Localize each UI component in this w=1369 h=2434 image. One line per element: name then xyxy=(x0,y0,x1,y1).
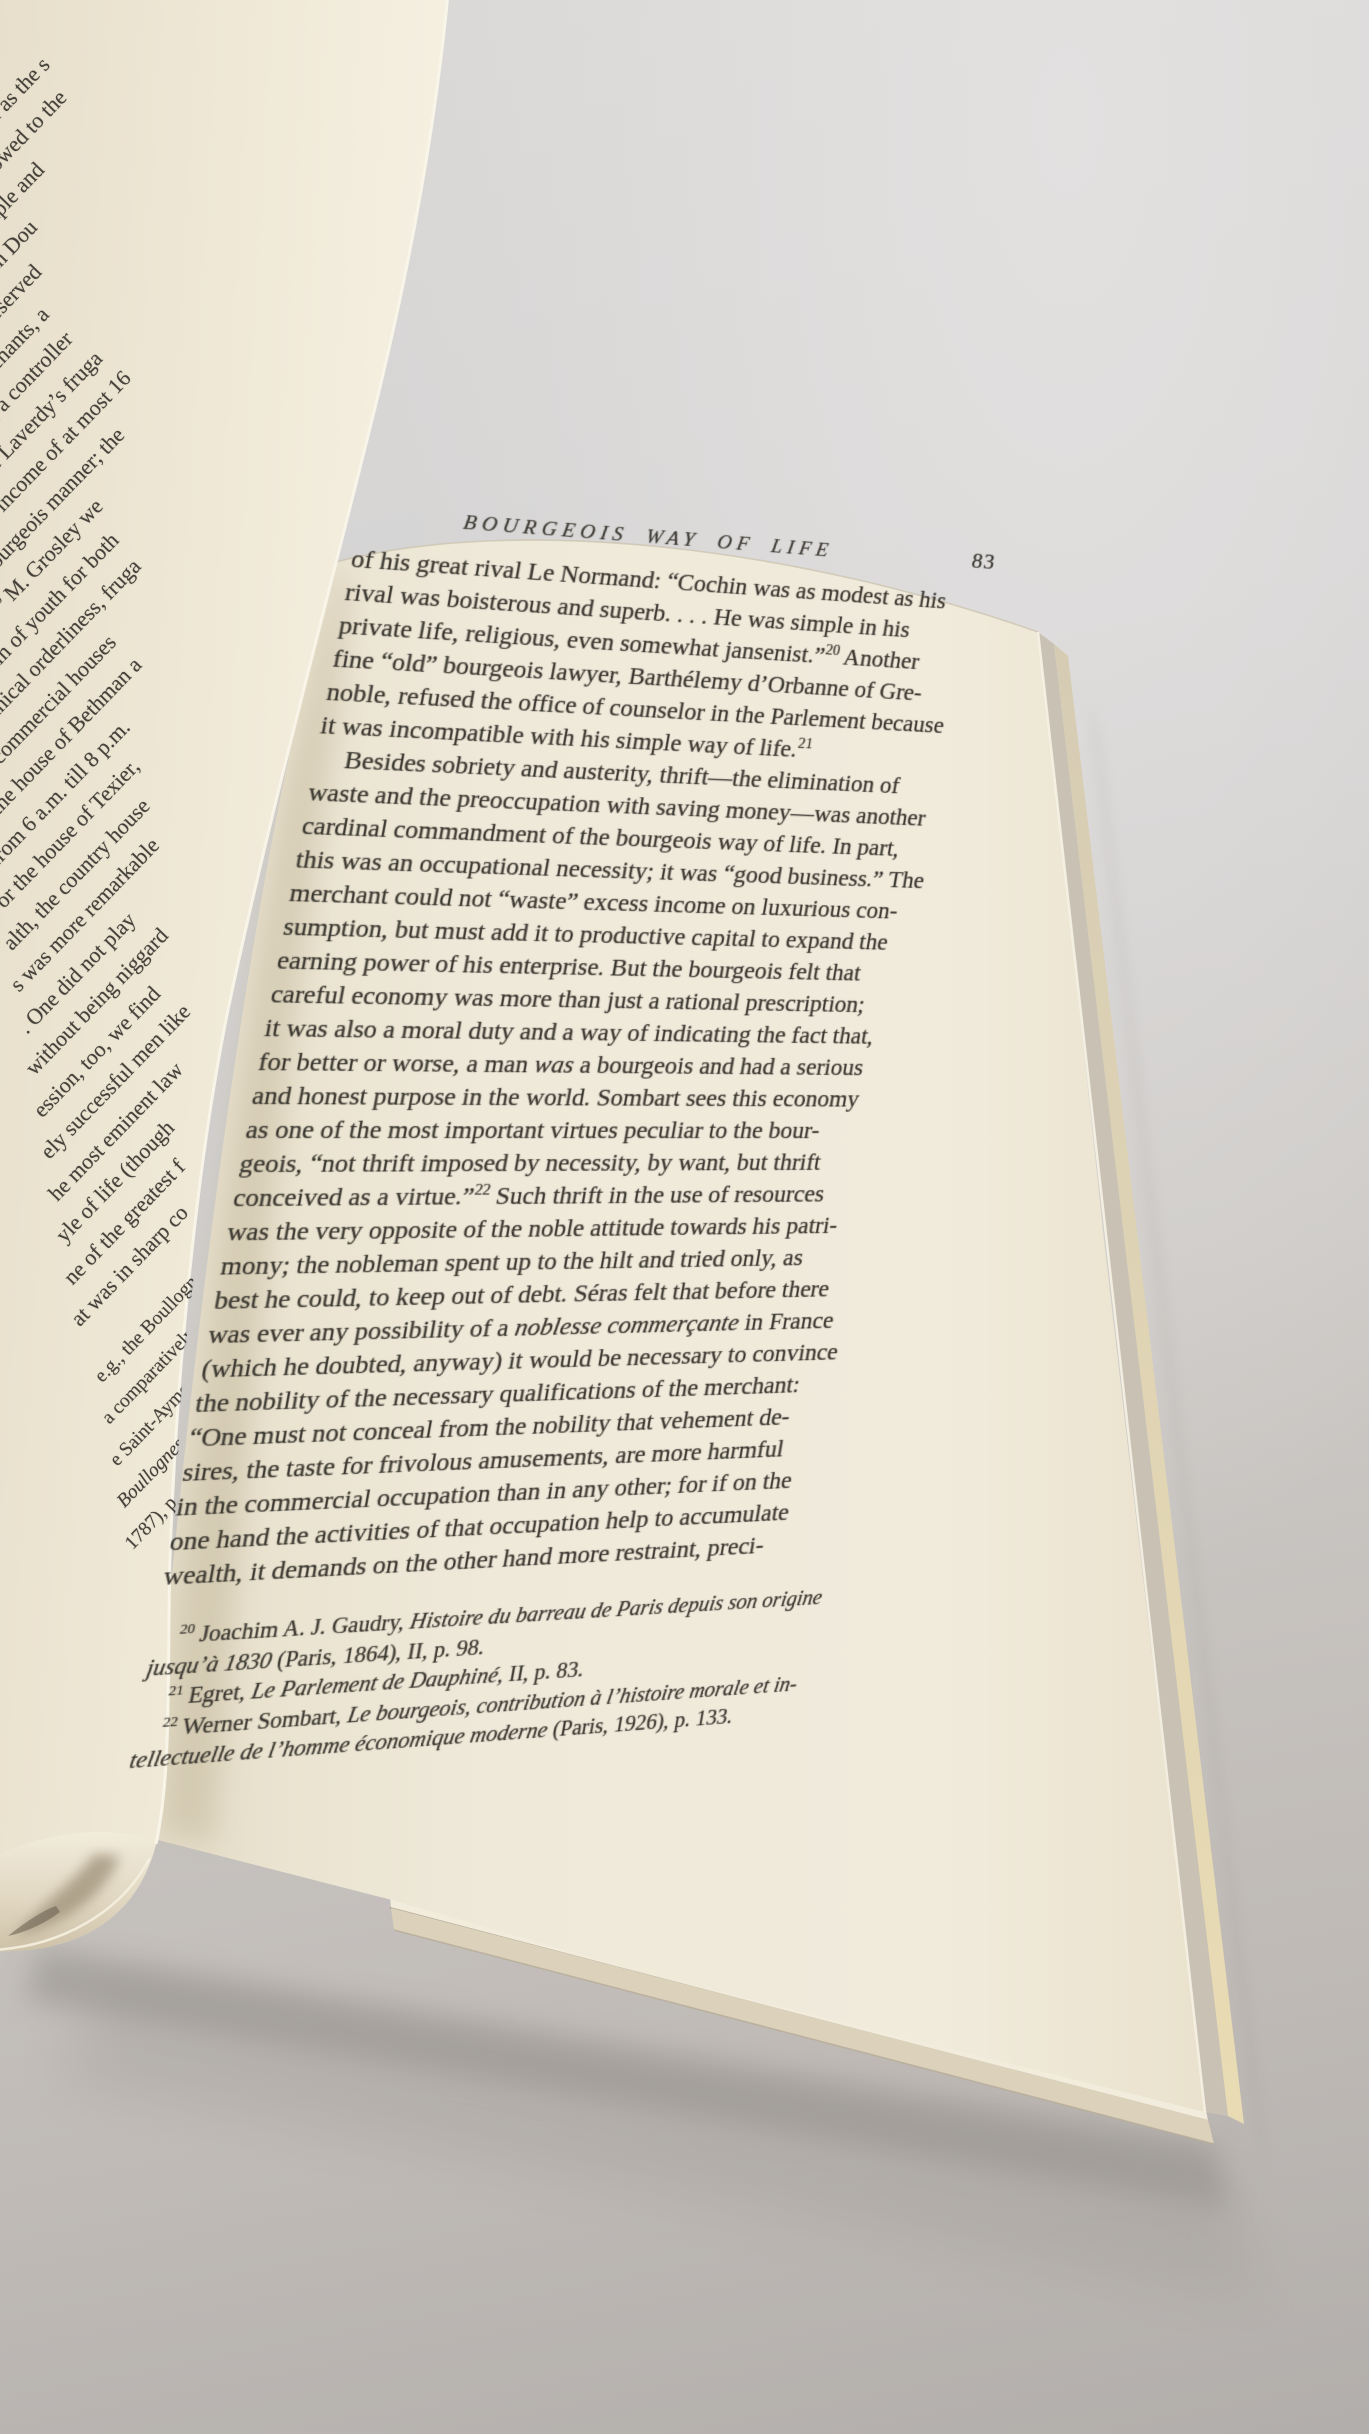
photo-open-book: BOURGEOIS WAY OF LIFE 83 of his great ri… xyxy=(0,0,1369,2434)
page-number: 83 xyxy=(970,547,998,574)
body-text-line: and honest purpose in the world. Sombart… xyxy=(249,1079,1032,1115)
body-text-line: geois, “not thrift imposed by necessity,… xyxy=(237,1146,1022,1181)
body-text-line: as one of the most important virtues pec… xyxy=(243,1113,1027,1147)
